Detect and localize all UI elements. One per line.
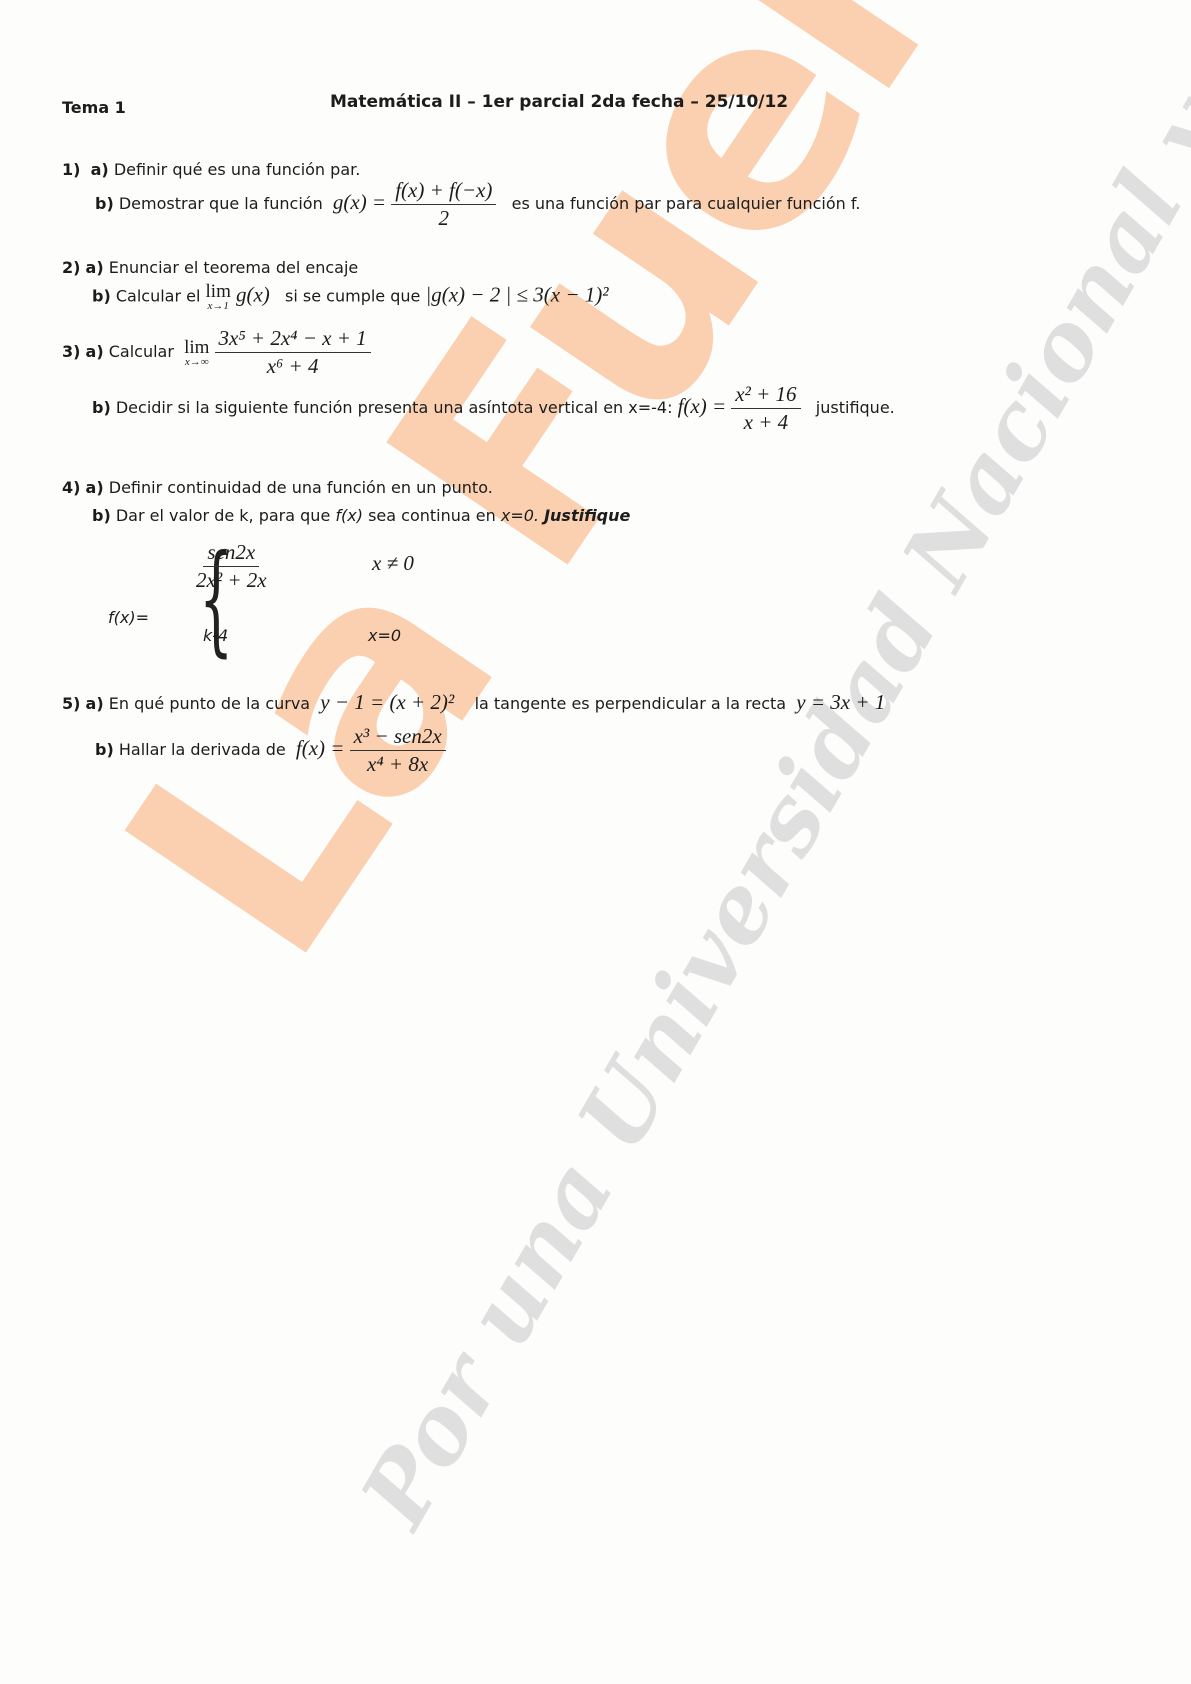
q5-b-numerator: x³ − sen2x [350,724,446,751]
q4-b-x0: x=0. [501,506,539,525]
q4-piecewise-lhs: f(x)= [108,608,149,627]
q3-b-label: b) [92,398,111,417]
q3-b-fraction: x² + 16 x + 4 [731,382,800,435]
q5-a-label: a) [86,694,104,713]
q1-a-text: Definir qué es una función par. [114,160,360,179]
q1-b-lhs: g(x) = [333,190,386,214]
q2-b-label: b) [92,287,111,306]
q5-b-lhs: f(x) = [296,736,345,760]
q1-b-numerator: f(x) + f(−x) [391,178,496,205]
q2-b: b) Calcular el lim x→1 g(x) si se cumple… [92,282,609,312]
q4-piece2-value: k-4 [203,626,228,645]
q4-a-text: Definir continuidad de una función en un… [109,478,493,497]
q3-a-text: Calcular [109,342,174,361]
q3-b-numerator: x² + 16 [731,382,800,409]
q4-b: b) Dar el valor de k, para que f(x) sea … [92,506,630,525]
q5-number: 5) [62,694,80,713]
q4-b-text-1: Dar el valor de k, para que [116,506,330,525]
q5-b-text: Hallar la derivada de [119,740,286,759]
q1-b-label: b) [95,194,114,213]
q3-a-limit: lim x→∞ [184,338,209,368]
q5-b-fraction: x³ − sen2x x⁴ + 8x [350,724,446,777]
q1-b-text-pre: Demostrar que la función [119,194,323,213]
q3-a-denominator: x⁶ + 4 [263,353,323,379]
q4-piece1-denominator: 2x² + 2x [192,567,271,593]
q4-a: 4) a) Definir continuidad de una función… [62,478,493,497]
q2-a-text: Enunciar el teorema del encaje [109,258,358,277]
q2-number: 2) [62,258,80,277]
q3-a-label: a) [86,342,104,361]
q5-a-text-pre: En qué punto de la curva [109,694,310,713]
q4-b-text-2: sea continua en [368,506,496,525]
q3-b: b) Decidir si la siguiente función prese… [92,382,895,435]
q3-a-fraction: 3x⁵ + 2x⁴ − x + 1 x⁶ + 4 [215,326,371,379]
q2-b-text-pre: Calcular el [116,287,201,306]
q2-b-expr: g(x) [236,283,270,307]
q2-b-inequality: |g(x) − 2 | ≤ 3(x − 1)² [425,283,608,307]
q4-piece1-numerator: sen2x [203,540,259,567]
q1-a-label: a) [91,160,109,179]
exam-title: Matemática II – 1er parcial 2da fecha – … [330,92,788,112]
q3-a: 3) a) Calcular lim x→∞ 3x⁵ + 2x⁴ − x + 1… [62,326,371,379]
q5-b: b) Hallar la derivada de f(x) = x³ − sen… [95,724,446,777]
q3-a-lim-sub: x→∞ [185,357,209,368]
q5-a-curve: y − 1 = (x + 2)² [320,690,454,714]
tema-label: Tema 1 [62,98,126,117]
q1-b-denominator: 2 [435,205,454,231]
q4-b-label: b) [92,506,111,525]
q1-a: 1) a) Definir qué es una función par. [62,160,360,179]
q2-a-label: a) [86,258,104,277]
q2-b-lim: lim [206,282,231,301]
q3-a-lim: lim [184,338,209,357]
q3-b-text-pre: Decidir si la siguiente función presenta… [116,398,673,417]
q4-number: 4) [62,478,80,497]
q1-b-text-post: es una función par para cualquier funció… [512,194,861,213]
q4-piece1-condition: x ≠ 0 [372,551,414,576]
q4-piece1-fraction: sen2x 2x² + 2x [192,540,271,593]
q3-b-denominator: x + 4 [740,409,793,435]
q1-number: 1) [62,160,80,179]
q2-a: 2) a) Enunciar el teorema del encaje [62,258,358,277]
q3-number: 3) [62,342,80,361]
q4-b-justify: Justifique [544,506,630,525]
q3-b-lhs: f(x) = [678,394,727,418]
q3-b-text-post: justifique. [816,398,895,417]
q2-b-text-mid: si se cumple que [285,287,420,306]
q4-piece2-condition: x=0 [368,626,401,645]
q4-a-label: a) [86,478,104,497]
q5-a-text-mid: la tangente es perpendicular a la recta [475,694,787,713]
q1-b: b) Demostrar que la función g(x) = f(x) … [95,178,860,231]
q3-a-numerator: 3x⁵ + 2x⁴ − x + 1 [215,326,371,353]
q5-a-line: y = 3x + 1 [796,690,885,714]
q2-b-limit: lim x→1 [206,282,231,312]
q4-b-fx: f(x) [335,506,363,525]
q1-b-fraction: f(x) + f(−x) 2 [391,178,496,231]
q5-a: 5) a) En qué punto de la curva y − 1 = (… [62,690,885,715]
q2-b-lim-sub: x→1 [207,301,228,312]
q4-piece1-expr: sen2x 2x² + 2x [192,540,271,593]
q5-b-denominator: x⁴ + 8x [363,751,432,777]
q5-b-label: b) [95,740,114,759]
